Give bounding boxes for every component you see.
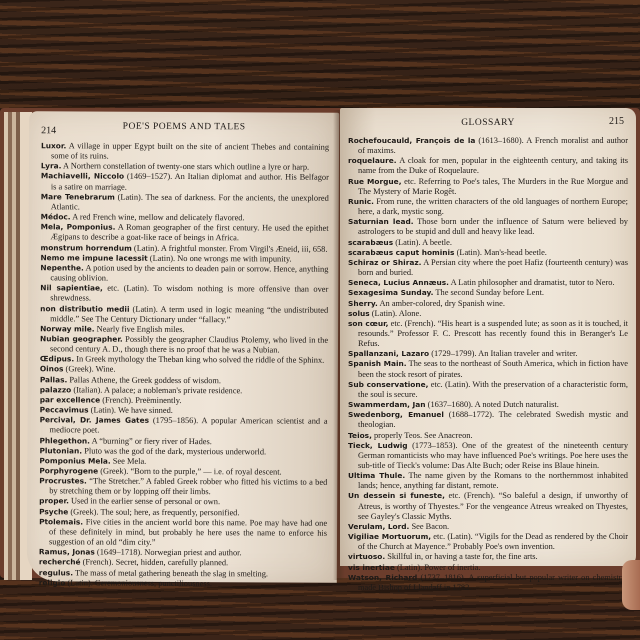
glossary-entry: Schiraz or Shiraz. A Persian city where …	[348, 258, 628, 278]
entry-definition: See Bacon.	[411, 522, 449, 531]
entry-term: Oinos	[40, 365, 64, 374]
entry-definition: Skillful in, or having a taste for, the …	[387, 552, 537, 561]
entry-term: Sexagesima Sunday.	[348, 288, 433, 297]
glossary-entry: Swammerdam, Jan (1637–1680). A noted Dut…	[348, 400, 628, 410]
glossary-entry: Tieck, Ludwig (1773–1853). One of the gr…	[348, 441, 628, 471]
entry-definition: (Latin). A beetle.	[395, 238, 452, 247]
entry-term: Watson, Richard	[348, 573, 417, 582]
glossary-entry: Mare Tenebrarum (Latin). The sea of dark…	[41, 192, 329, 214]
entry-definition: (Latin). Power of inertia.	[397, 563, 481, 572]
glossary-entry: virtuoso. Skillful in, or having a taste…	[348, 552, 628, 562]
entry-term: Nubian geographer.	[40, 334, 123, 343]
entry-term: roquelaure.	[348, 156, 397, 165]
entry-term: Sherry.	[348, 299, 378, 308]
glossary-entry: Vigiliae Mortuorum, etc. (Latin). “Vigil…	[348, 532, 628, 552]
entry-term: Nemo me impune lacessit	[40, 253, 147, 263]
glossary-entry: Spanish Main. The seas to the northeast …	[348, 359, 628, 379]
entry-term: Médoc.	[41, 212, 71, 221]
entry-term: Schiraz or Shiraz.	[348, 258, 421, 267]
entry-term: Tieck, Ludwig	[348, 441, 408, 450]
entry-definition: (French). Preëminently.	[102, 395, 181, 404]
glossary-entry: Saturnian lead. Those born under the inf…	[348, 217, 628, 237]
entry-term: Ultima Thule.	[348, 471, 405, 480]
entry-term: proper.	[39, 497, 69, 506]
entry-term: Norway mile.	[40, 324, 95, 333]
entry-definition: The second Sunday before Lent.	[435, 288, 544, 297]
entry-term: Procrustes.	[39, 476, 87, 485]
glossary-entry: Rue Morgue, etc. Referring to Poe's tale…	[348, 177, 628, 197]
glossary-entry: Ultima Thule. The name given by the Roma…	[348, 471, 628, 491]
entry-term: Mela, Pomponius.	[41, 223, 116, 232]
entry-definition: From rune, the written characters of the…	[358, 197, 628, 216]
entry-definition: (Greek). The soul; here, as frequently, …	[70, 507, 239, 517]
entry-definition: (Latin). Man's-head beetle.	[457, 248, 547, 257]
glossary-entry: Un dessein si funeste, etc. (French). “S…	[348, 491, 628, 521]
entry-definition: properly Teos. See Anacreon.	[374, 431, 473, 440]
entry-definition: Pallas Athene, the Greek goddess of wisd…	[69, 375, 221, 385]
glossary-entry: religio (Latin). Ceremoniousness, puncti…	[39, 578, 327, 590]
entry-term: Swammerdam, Jan	[348, 400, 426, 409]
entry-term: Verulam, Lord.	[348, 522, 409, 531]
entry-definition: The mass of metal gathering beneath the …	[75, 568, 268, 578]
glossary-entry: Seneca, Lucius Annæus. A Latin philosoph…	[348, 278, 628, 288]
entry-term: scarabæus caput hominis	[348, 248, 454, 257]
entry-term: Runic.	[348, 197, 374, 206]
glossary-entry: Percival, Dr. James Gates (1795–1856). A…	[40, 415, 328, 437]
entry-definition: (Greek). “Born to the purple,” — i.e. of…	[100, 467, 281, 477]
entry-definition: Used in the earlier sense of personal or…	[71, 497, 220, 507]
entry-term: Seneca, Lucius Annæus.	[348, 278, 449, 287]
entry-definition: (French). Secret, hidden, carefully plan…	[83, 558, 229, 568]
entry-definition: A “burning” or fiery river of Hades.	[92, 436, 212, 446]
entry-term: Pallas.	[40, 375, 68, 384]
entry-definition: See Mela.	[113, 456, 147, 465]
entry-definition: (1649–1718). Norwegian priest and author…	[97, 548, 242, 558]
glossary-entry: Sub conservatione, etc. (Latin). With th…	[348, 380, 628, 400]
entry-definition: (Latin). A frightful monster. From Virgi…	[134, 243, 328, 253]
entry-definition: Nearly five English miles.	[97, 324, 185, 333]
entry-term: vis inertiae	[348, 563, 395, 572]
glossary-entry: Mela, Pomponius. A Roman geographer of t…	[41, 223, 329, 245]
entry-definition: In Greek mythology the Theban king who s…	[76, 355, 324, 365]
glossary-entry: scarabæus caput hominis (Latin). Man's-h…	[348, 248, 628, 258]
entry-definition: A red French wine, mellow and delicately…	[72, 213, 244, 223]
entry-term: non distributio medii	[40, 304, 129, 313]
glossary-entry: son cœur, etc. (French). “His heart is a…	[348, 319, 628, 349]
glossary-entry: Rochefoucauld, François de la (1613–1680…	[348, 136, 628, 156]
glossary-entry: Sexagesima Sunday. The second Sunday bef…	[348, 288, 628, 298]
entry-term: solus	[348, 309, 370, 318]
entry-definition: A village in upper Egypt built on the si…	[51, 141, 329, 160]
entry-term: scarabæus	[348, 238, 393, 247]
entry-definition: (Greek). Wine.	[66, 365, 116, 374]
entry-term: Peccavimus	[40, 405, 89, 414]
glossary-entry: roquelaure. A cloak for men, popular in …	[348, 156, 628, 176]
entry-term: Phlegethon.	[39, 436, 90, 445]
entry-definition: A Northern constellation of twenty-one s…	[63, 162, 309, 172]
entry-term: Psyche	[39, 507, 68, 516]
entry-definition: Five cities in the ancient world bore th…	[49, 517, 327, 547]
glossary-entry: Ptolemais. Five cities in the ancient wo…	[39, 517, 327, 549]
entry-definition: (1637–1680). A noted Dutch naturalist.	[428, 400, 559, 409]
running-head: GLOSSARY	[340, 118, 636, 128]
glossary-entry: Spallanzani, Lazaro (1729–1799). An Ital…	[348, 349, 628, 359]
entry-term: Machiavelli, Niccolo	[41, 172, 124, 181]
glossary-entry: Swedenborg, Emanuel (1688–1772). The cel…	[348, 410, 628, 430]
entry-term: Plutonian.	[39, 446, 82, 455]
entry-term: Vigiliae Mortuorum,	[348, 532, 431, 541]
entry-term: Nil sapientiae,	[40, 283, 103, 292]
entry-term: virtuoso.	[348, 552, 385, 561]
entry-term: Œdipus.	[40, 355, 74, 364]
entry-term: Spallanzani, Lazaro	[348, 349, 429, 358]
right-page: 215 GLOSSARY Rochefoucauld, François de …	[340, 108, 636, 566]
entry-term: monstrum horrendum	[40, 243, 131, 252]
entry-term: Mare Tenebrarum	[41, 192, 115, 201]
glossary-entry: solus (Latin). Alone.	[348, 309, 628, 319]
entry-definition: etc. (French). “His heart is a suspended…	[358, 319, 628, 348]
glossary-entry: Verulam, Lord. See Bacon.	[348, 522, 628, 532]
glossary-entry: Machiavelli, Niccolo (1469–1527). An Ita…	[41, 172, 329, 194]
glossary-entry: Nil sapientiae, etc. (Latin). To wisdom …	[40, 283, 328, 305]
entry-definition: (Latin). No one wrongs me with impunity.	[150, 254, 292, 264]
entry-term: Teios,	[348, 431, 372, 440]
entry-definition: Pluto was the god of the dark, mysteriou…	[84, 446, 266, 456]
entry-term: Swedenborg, Emanuel	[348, 410, 444, 419]
entry-term: Spanish Main.	[348, 359, 407, 368]
entry-term: Rochefoucauld, François de la	[348, 136, 475, 145]
entry-definition: (Latin). We have sinned.	[91, 406, 173, 415]
entry-term: Un dessein si funeste,	[348, 491, 445, 500]
entry-term: Nepenthe.	[40, 263, 83, 272]
glossary-entry: Watson, Richard (1737–1816). A superfici…	[348, 573, 628, 593]
glossary-entry: Nepenthe. A potion used by the ancients …	[40, 263, 328, 285]
glossary-entry: Sherry. An amber-colored, dry Spanish wi…	[348, 299, 628, 309]
glossary-entry: vis inertiae (Latin). Power of inertia.	[348, 563, 628, 573]
entry-term: Percival, Dr. James Gates	[40, 415, 149, 425]
glossary-entry: Nubian geographer. Possibly the geograph…	[40, 334, 328, 356]
entry-term: regulus.	[39, 568, 73, 577]
entry-term: son cœur,	[348, 319, 388, 328]
entry-term: palazzo	[40, 385, 72, 394]
entry-term: Luxor.	[41, 141, 66, 150]
glossary-entry: Procrustes. “The Stretcher.” A fabled Gr…	[39, 476, 327, 498]
glossary-entry: scarabæus (Latin). A beetle.	[348, 238, 628, 248]
glossary-entries: Rochefoucauld, François de la (1613–1680…	[348, 136, 628, 593]
entry-definition: “The Stretcher.” A fabled Greek robber w…	[49, 477, 327, 497]
entry-term: Ptolemais.	[39, 517, 83, 526]
entry-term: religio	[39, 578, 66, 587]
entry-definition: (Latin). Ceremoniousness, punctiliousnes…	[67, 578, 211, 588]
entry-term: recherché	[39, 558, 81, 567]
finger-holding-page	[622, 560, 640, 610]
entry-term: par excellence	[40, 395, 100, 404]
running-head: POE'S POEMS AND TALES	[29, 121, 339, 133]
entry-definition: An amber-colored, dry Spanish wine.	[379, 299, 504, 308]
entry-definition: A cloak for men, popular in the eighteen…	[358, 156, 628, 175]
left-page: 214 POE'S POEMS AND TALES Luxor. A villa…	[27, 111, 339, 583]
entry-definition: A Latin philosopher and dramatist, tutor…	[451, 278, 615, 287]
glossary-entries: Luxor. A village in upper Egypt built on…	[39, 141, 329, 589]
entry-term: Rue Morgue,	[348, 177, 402, 186]
glossary-entry: Runic. From rune, the written characters…	[348, 197, 628, 217]
entry-definition: (1729–1799). An Italian traveler and wri…	[431, 349, 577, 358]
entry-definition: A potion used by the ancients to deaden …	[50, 263, 328, 282]
glossary-entry: Luxor. A village in upper Egypt built on…	[41, 141, 329, 163]
glossary-entry: non distributio medii (Latin). A term us…	[40, 304, 328, 326]
entry-term: Porphyrogene	[39, 466, 98, 475]
entry-term: Lyra.	[41, 162, 62, 171]
glossary-entry: Teios, properly Teos. See Anacreon.	[348, 431, 628, 441]
entry-term: Saturnian lead.	[348, 217, 414, 226]
entry-term: Sub conservatione,	[348, 380, 428, 389]
entry-definition: (Latin). Alone.	[372, 309, 422, 318]
entry-term: Pomponius Mela.	[39, 456, 110, 465]
entry-definition: (Italian). A palace; a nobleman's privat…	[73, 385, 242, 395]
entry-term: Ramus, Jonas	[39, 547, 95, 556]
